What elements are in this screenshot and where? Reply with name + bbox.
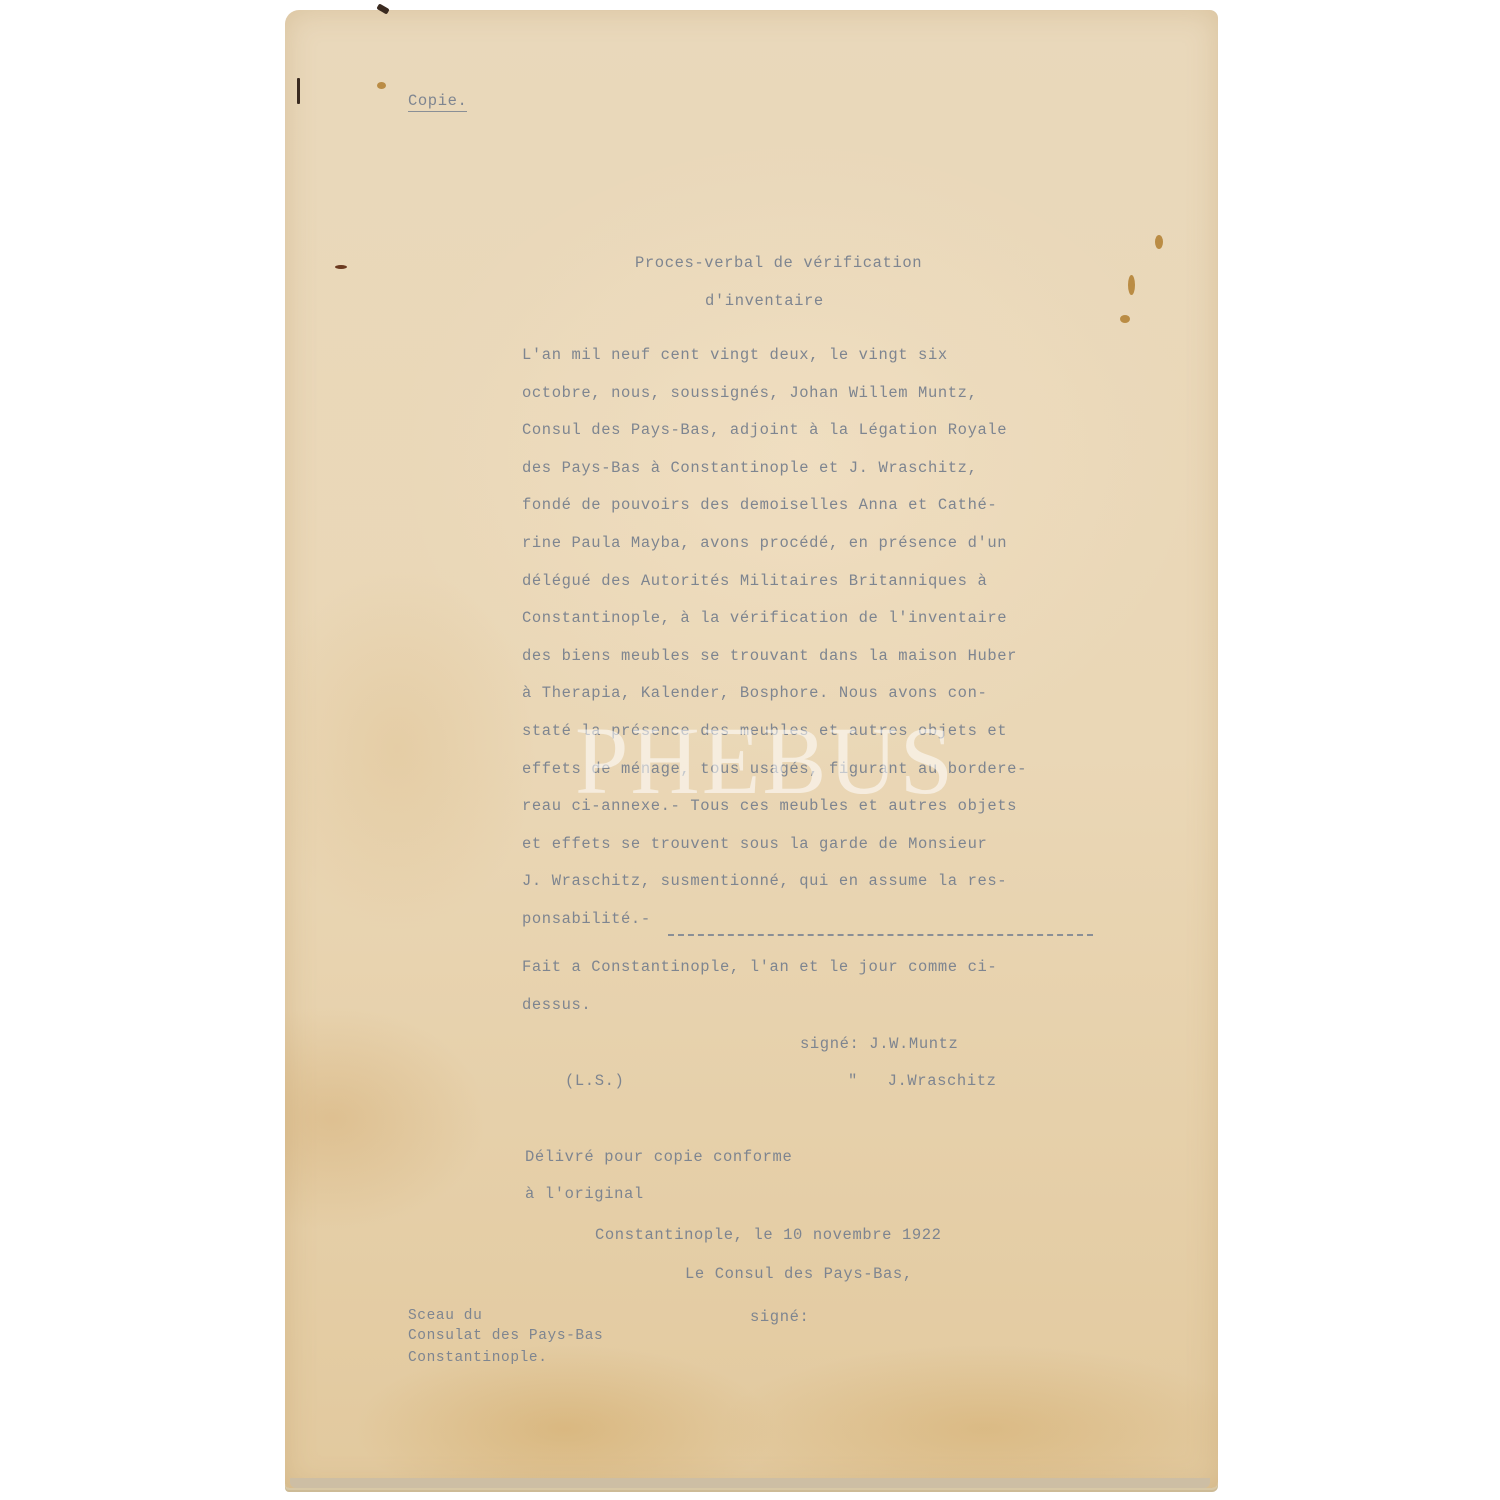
body-line: effets de ménage, tous usagés, figurant … bbox=[522, 760, 1027, 778]
certification-line: à l'original bbox=[525, 1185, 644, 1203]
document-title-line2: d'inventaire bbox=[705, 292, 824, 310]
signed-label: signé: bbox=[750, 1308, 809, 1326]
seal-caption: Constantinople. bbox=[408, 1350, 548, 1366]
body-line: des biens meubles se trouvant dans la ma… bbox=[522, 647, 1017, 665]
consul-title: Le Consul des Pays-Bas, bbox=[685, 1265, 913, 1283]
body-line: J. Wraschitz, susmentionné, qui en assum… bbox=[522, 872, 1007, 890]
body-line: délégué des Autorités Militaires Britann… bbox=[522, 572, 987, 590]
body-line: des Pays-Bas à Constantinople et J. Wras… bbox=[522, 459, 977, 477]
place-date: Constantinople, le 10 novembre 1922 bbox=[595, 1226, 942, 1244]
stain-spot bbox=[297, 78, 300, 104]
body-line: octobre, nous, soussignés, Johan Willem … bbox=[522, 384, 977, 402]
stain-spot bbox=[1155, 235, 1163, 249]
closing-line: dessus. bbox=[522, 996, 591, 1014]
body-line: ponsabilité.- bbox=[522, 910, 651, 928]
stain-spot bbox=[335, 265, 347, 269]
body-line: rine Paula Mayba, avons procédé, en prés… bbox=[522, 534, 1007, 552]
body-line: et effets se trouvent sous la garde de M… bbox=[522, 835, 987, 853]
seal-mark: (L.S.) bbox=[565, 1072, 624, 1090]
closing-line: Fait a Constantinople, l'an et le jour c… bbox=[522, 958, 997, 976]
stain-spot bbox=[1120, 315, 1130, 323]
body-line: Constantinople, à la vérification de l'i… bbox=[522, 609, 1007, 627]
body-line: Consul des Pays-Bas, adjoint à la Légati… bbox=[522, 421, 1007, 439]
signature-wraschitz: " J.Wraschitz bbox=[848, 1072, 997, 1090]
body-line: à Therapia, Kalender, Bosphore. Nous avo… bbox=[522, 684, 987, 702]
signature-muntz: signé: J.W.Muntz bbox=[800, 1035, 958, 1053]
page-stack-edge bbox=[290, 1478, 1210, 1488]
copy-label: Copie. bbox=[408, 92, 467, 112]
certification-line: Délivré pour copie conforme bbox=[525, 1148, 792, 1166]
stain-spot bbox=[1128, 275, 1135, 295]
seal-caption: Sceau du bbox=[408, 1308, 482, 1324]
fill-line bbox=[668, 934, 1093, 936]
body-line: reau ci-annexe.- Tous ces meubles et aut… bbox=[522, 797, 1017, 815]
body-line: staté la présence des meubles et autres … bbox=[522, 722, 1007, 740]
document-title: Proces-verbal de vérification bbox=[635, 254, 922, 272]
stain-spot bbox=[377, 82, 386, 89]
seal-caption: Consulat des Pays-Bas bbox=[408, 1328, 603, 1344]
body-line: L'an mil neuf cent vingt deux, le vingt … bbox=[522, 346, 948, 364]
body-line: fondé de pouvoirs des demoiselles Anna e… bbox=[522, 496, 997, 514]
